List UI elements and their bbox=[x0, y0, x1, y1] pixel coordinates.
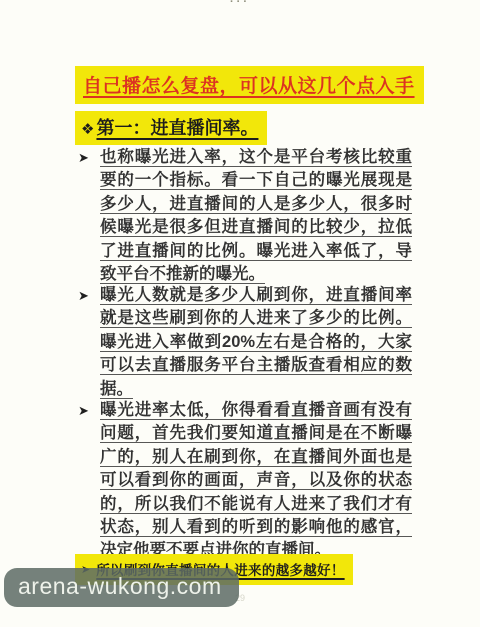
bullet-text: 也称曝光进入率，这个是平台考核比较重要的一个指标。看一下自己的曝光展现是多少人，… bbox=[100, 146, 412, 286]
watermark-text: arena-wukong.com bbox=[18, 573, 222, 599]
more-menu-dots[interactable]: ··· bbox=[0, 0, 480, 8]
bullet-item-exposure-entry-rate: ➤ 也称曝光进入率，这个是平台考核比较重要的一个指标。看一下自己的曝光展现是多少… bbox=[78, 146, 412, 286]
diamond-icon: ❖ bbox=[81, 121, 94, 138]
arrow-bullet-icon: ➤ bbox=[78, 146, 100, 166]
arrow-bullet-icon: ➤ bbox=[78, 399, 100, 419]
bullet-text: 曝光进率太低，你得看看直播音画有没有问题，首先我们要知道直播间是在不断曝广的，别… bbox=[100, 399, 412, 563]
section-header: ❖第一：进直播间率。 bbox=[75, 111, 267, 145]
bullet-item-low-entry-rate: ➤ 曝光进率太低，你得看看直播音画有没有问题，首先我们要知道直播间是在不断曝广的… bbox=[78, 399, 412, 563]
note-page: ··· 自己播怎么复盘，可以从这几个点入手 ❖第一：进直播间率。 ➤ 也称曝光进… bbox=[0, 0, 480, 627]
bullet-item-exposure-count: ➤ 曝光人数就是多少人刷到你，进直播间率就是这些刷到你的人进来了多少的比例。曝光… bbox=[78, 284, 412, 401]
page-title: 自己播怎么复盘，可以从这几个点入手 bbox=[75, 66, 424, 104]
arrow-bullet-icon: ➤ bbox=[78, 284, 100, 304]
section-title: 第一：进直播间率。 bbox=[96, 118, 258, 138]
watermark-pill: arena-wukong.com bbox=[4, 568, 239, 607]
bullet-text: 曝光人数就是多少人刷到你，进直播间率就是这些刷到你的人进来了多少的比例。曝光进入… bbox=[100, 284, 412, 401]
